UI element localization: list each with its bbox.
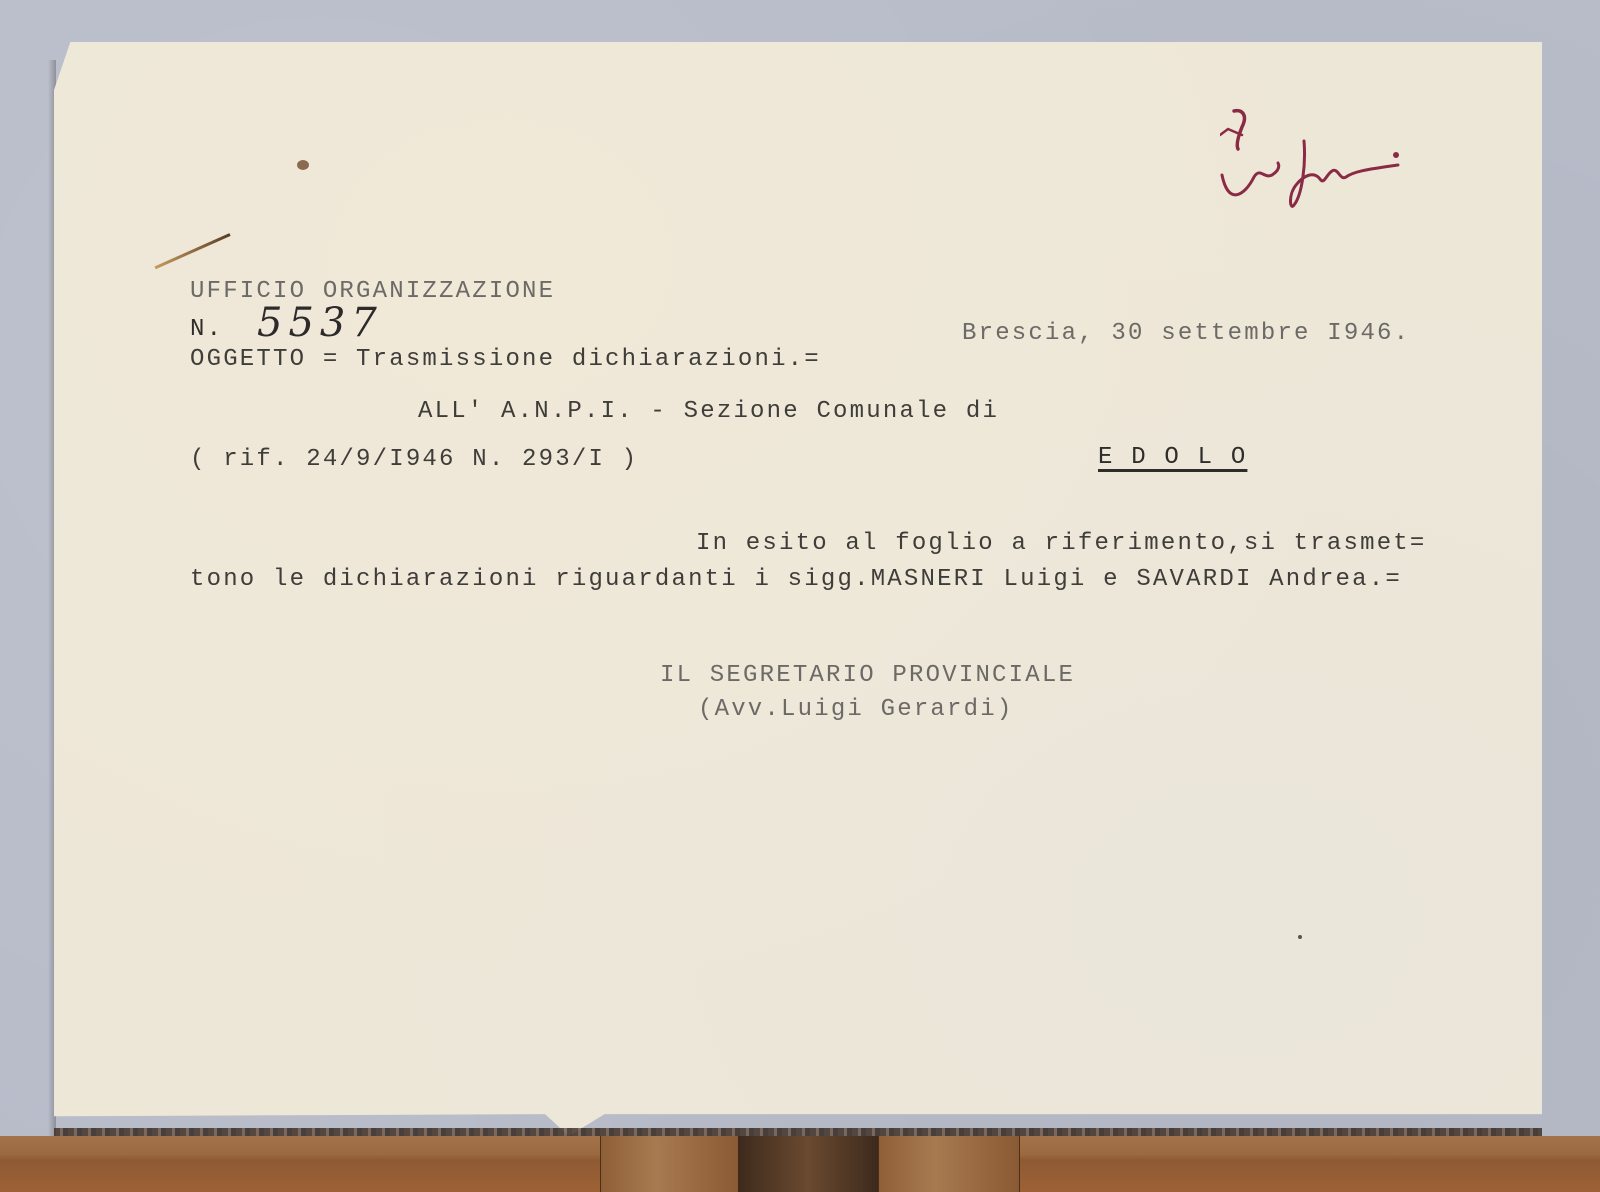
subject-line: OGGETTO = Trasmissione dichiarazioni.= — [190, 346, 821, 373]
place-date: Brescia, 30 settembre I946. — [962, 320, 1410, 347]
torn-bottom-edge — [54, 1128, 1542, 1136]
protocol-number: 5537 — [257, 300, 383, 346]
staple-hole-mark — [297, 160, 309, 170]
shelf-gap — [738, 1136, 878, 1192]
protocol-prefix: N. — [190, 316, 223, 343]
recipient-line: ALL' A.N.P.I. - Sezione Comunale di — [418, 398, 999, 425]
signatory-name: (Avv.Luigi Gerardi) — [698, 696, 1013, 723]
reference-line: ( rif. 24/9/I946 N. 293/I ) — [190, 446, 638, 473]
recipient-town: E D O L O — [1098, 444, 1247, 471]
body-line-1: In esito al foglio a riferimento,si tras… — [696, 530, 1427, 557]
ink-speck — [1298, 935, 1302, 939]
signatory-title: IL SEGRETARIO PROVINCIALE — [660, 662, 1075, 689]
shelf-support-left — [600, 1136, 740, 1192]
handwritten-annotation-icon — [1220, 105, 1410, 225]
shelf-support-right — [878, 1136, 1020, 1192]
body-line-2: tono le dichiarazioni riguardanti i sigg… — [190, 566, 1402, 593]
